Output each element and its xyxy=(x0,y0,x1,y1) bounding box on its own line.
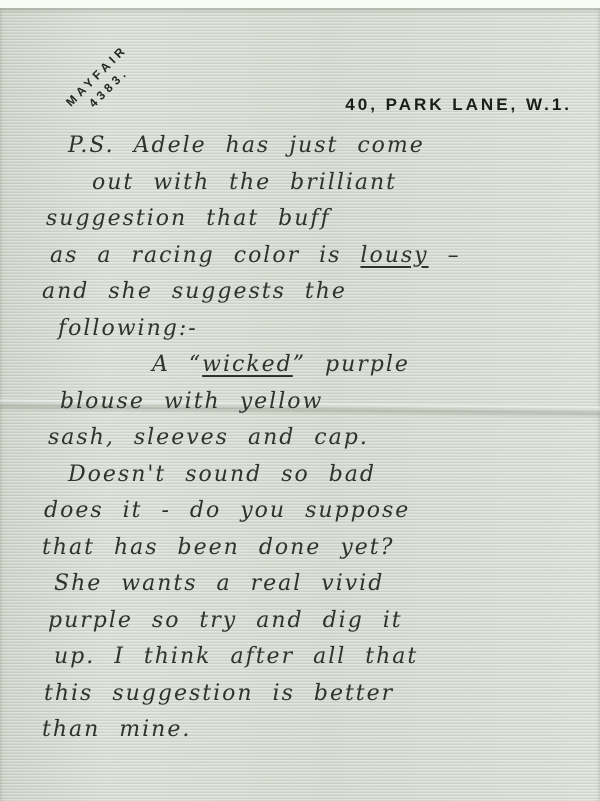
letter-text-segment: – xyxy=(429,243,461,268)
letter-text-segment: A “ xyxy=(152,352,202,377)
letter-body: P.S. Adele has just comeout with the bri… xyxy=(0,133,600,754)
letter-text-segment: purple so try and dig it xyxy=(48,608,403,633)
letter-line: as a racing color is lousy – xyxy=(0,243,600,280)
letter-text-segment: sash, sleeves and cap. xyxy=(48,425,369,450)
letter-line: blouse with yellow xyxy=(0,389,600,426)
letter-text-segment: Doesn't sound so bad xyxy=(68,462,376,487)
letter-line: Doesn't sound so bad xyxy=(0,462,600,499)
letter-line: up. I think after all that xyxy=(0,644,600,681)
letter-text-segment: P.S. Adele has just come xyxy=(68,133,425,158)
letter-paper: MAYFAIR 4383. 40, PARK LANE, W.1. P.S. A… xyxy=(0,7,600,801)
letter-line: She wants a real vivid xyxy=(0,571,600,608)
letter-text-segment: than mine. xyxy=(42,717,191,742)
letterhead-phone: MAYFAIR 4383. xyxy=(45,24,161,140)
letter-line: than mine. xyxy=(0,717,600,754)
letter-text-segment: up. I think after all that xyxy=(54,644,418,669)
letter-line: sash, sleeves and cap. xyxy=(0,425,600,462)
letter-line: suggestion that buff xyxy=(0,206,600,243)
letter-text-segment: following:- xyxy=(58,316,198,341)
letter-text-segment: suggestion that buff xyxy=(46,206,331,231)
letter-text-segment: and she suggests the xyxy=(42,279,347,304)
letter-line: out with the brilliant xyxy=(0,170,600,207)
letterhead-phone-exchange: MAYFAIR xyxy=(45,24,149,128)
letter-line: P.S. Adele has just come xyxy=(0,133,600,170)
letter-line: this suggestion is better xyxy=(0,681,600,718)
letter-text-segment: does it - do you suppose xyxy=(44,498,410,523)
letter-line: does it - do you suppose xyxy=(0,498,600,535)
letter-line: following:- xyxy=(0,316,600,353)
letter-line: and she suggests the xyxy=(0,279,600,316)
letter-line: A “wicked” purple xyxy=(0,352,600,389)
letter-text-segment: ” purple xyxy=(293,352,410,377)
paper-top-edge xyxy=(0,0,600,8)
underlined-word: wicked xyxy=(202,352,293,377)
underlined-word: lousy xyxy=(360,243,428,268)
scanned-letter: MAYFAIR 4383. 40, PARK LANE, W.1. P.S. A… xyxy=(0,0,600,801)
letter-text-segment: that has been done yet? xyxy=(42,535,394,560)
letter-line: that has been done yet? xyxy=(0,535,600,572)
letter-text-segment: She wants a real vivid xyxy=(54,571,384,596)
letterhead-address: 40, PARK LANE, W.1. xyxy=(345,95,572,115)
letter-text-segment: as a racing color is xyxy=(50,243,360,268)
letter-line: purple so try and dig it xyxy=(0,608,600,645)
letter-text-segment: out with the brilliant xyxy=(92,170,397,195)
letter-text-segment: blouse with yellow xyxy=(60,389,323,414)
letter-text-segment: this suggestion is better xyxy=(44,681,394,706)
